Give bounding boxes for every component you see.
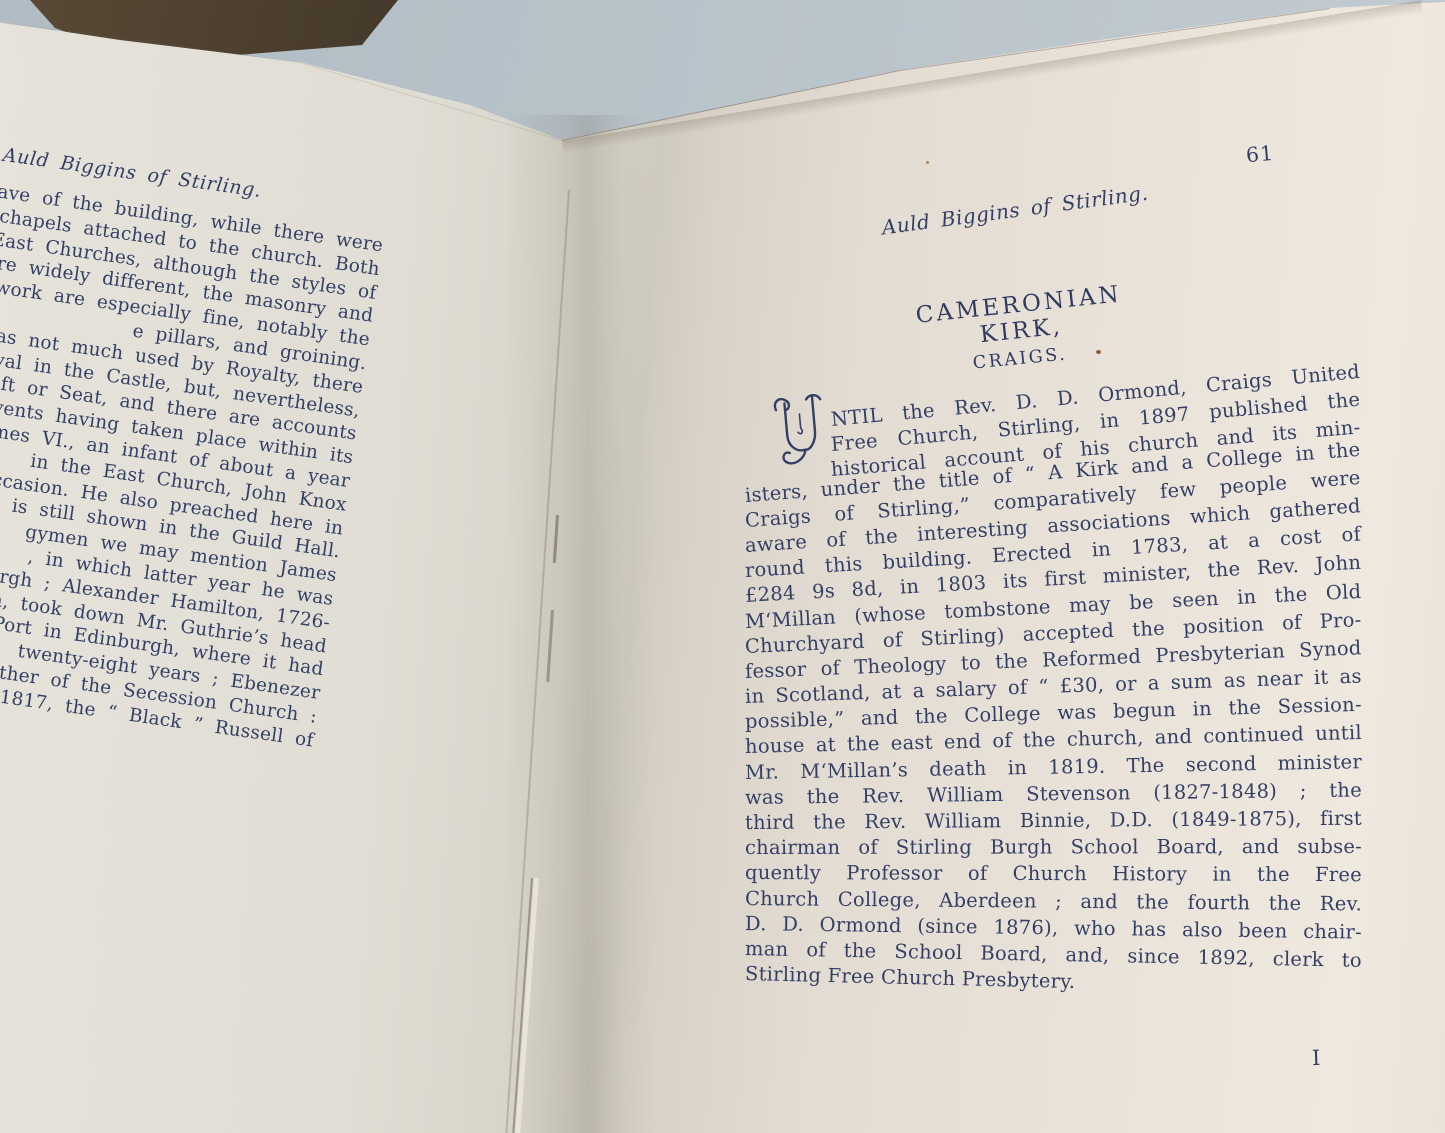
right-page-body: NTIL the Rev. D. D. Ormond, Craigs Unite… [745, 407, 1362, 986]
paper-speck-2 [926, 161, 929, 164]
right-page-line: third the Rev. William Binnie, D.D. (184… [745, 806, 1362, 835]
book-photograph: Auld Biggins of Stirling. nave of the bu… [0, 0, 1445, 1133]
right-page: 61 Auld Biggins of Stirling. CAMERONIAN … [0, 0, 1445, 1133]
signature-mark: I [1312, 1046, 1321, 1070]
right-page-line: quently Professor of Church History in t… [745, 860, 1362, 887]
paper-speck [1096, 350, 1101, 354]
right-page-line: chairman of Stirling Burgh School Board,… [745, 834, 1362, 860]
right-running-head: Auld Biggins of Stirling. [880, 180, 1151, 239]
page-number: 61 [1245, 141, 1275, 167]
chapter-heading: CAMERONIAN KIRK, [868, 276, 1172, 359]
